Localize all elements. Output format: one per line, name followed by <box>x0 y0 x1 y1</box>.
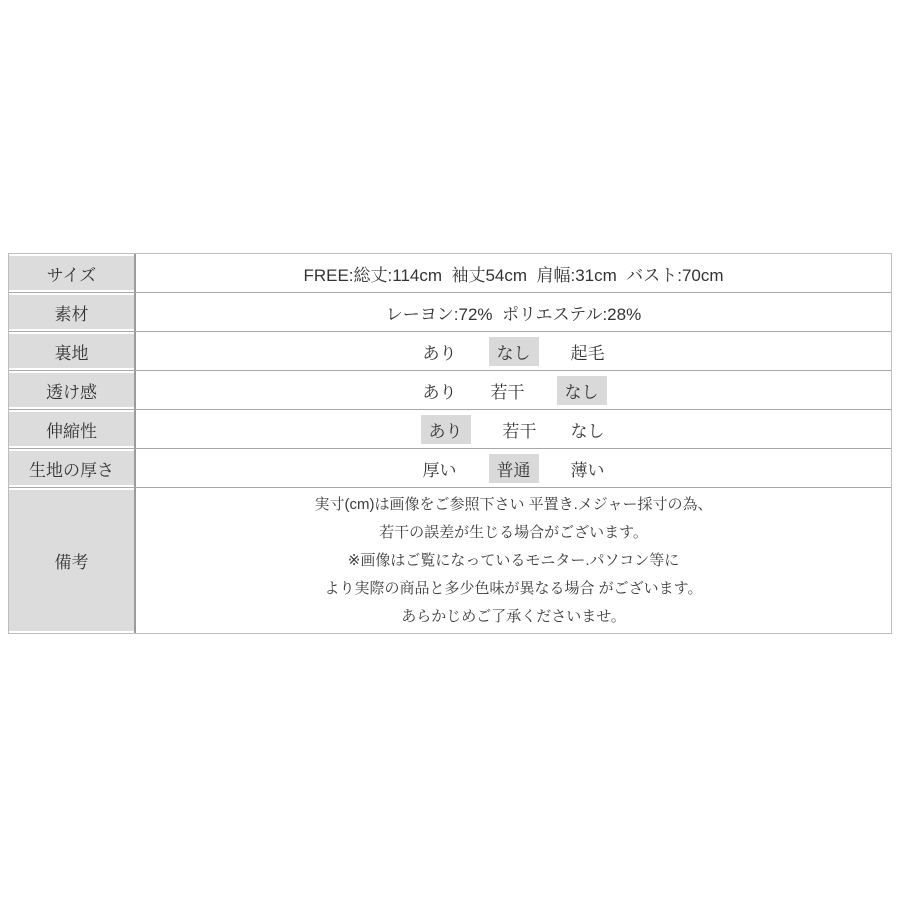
row-value-stretch: あり 若干 なし <box>134 410 891 448</box>
option-chip: あり <box>421 376 459 405</box>
option-chip: 若干 <box>489 376 527 405</box>
thickness-options: 厚い 普通 薄い <box>421 454 607 483</box>
row-value-remarks: 実寸(cm)は画像をご参照下さい 平置き.メジャー採寸の為、 若干の誤差が生じる… <box>134 488 891 633</box>
remarks-line: 実寸(cm)は画像をご参照下さい 平置き.メジャー採寸の為、 <box>136 491 891 519</box>
material-value: レーヨン:72% ポリエステル:28% <box>386 300 641 325</box>
remarks-line: より実際の商品と多少色味が異なる場合 がございます。 <box>136 575 891 603</box>
option-chip: 起毛 <box>569 337 607 366</box>
option-chip: なし <box>569 415 607 444</box>
option-chip: 普通 <box>489 454 539 483</box>
stretch-options: あり 若干 なし <box>421 415 607 444</box>
row-value-size: FREE:総丈:114cm 袖丈54cm 肩幅:31cm バスト:70cm <box>134 254 891 292</box>
row-value-material: レーヨン:72% ポリエステル:28% <box>134 293 891 331</box>
row-label-remarks: 備考 <box>9 490 134 631</box>
spec-row-sheerness: 透け感 あり 若干 なし <box>9 371 891 410</box>
row-label-stretch: 伸縮性 <box>9 412 134 446</box>
row-value-sheerness: あり 若干 なし <box>134 371 891 409</box>
option-chip: なし <box>557 376 607 405</box>
option-chip: あり <box>421 337 459 366</box>
remarks-text: 実寸(cm)は画像をご参照下さい 平置き.メジャー採寸の為、 若干の誤差が生じる… <box>136 491 891 631</box>
spec-row-remarks: 備考 実寸(cm)は画像をご参照下さい 平置き.メジャー採寸の為、 若干の誤差が… <box>9 488 891 633</box>
spec-row-stretch: 伸縮性 あり 若干 なし <box>9 410 891 449</box>
row-label-thickness: 生地の厚さ <box>9 451 134 485</box>
row-value-thickness: 厚い 普通 薄い <box>134 449 891 487</box>
option-chip: 厚い <box>421 454 459 483</box>
sheerness-options: あり 若干 なし <box>421 376 607 405</box>
option-chip: 薄い <box>569 454 607 483</box>
remarks-line: あらかじめご了承くださいませ。 <box>136 603 891 631</box>
option-chip: なし <box>489 337 539 366</box>
spec-row-size: サイズ FREE:総丈:114cm 袖丈54cm 肩幅:31cm バスト:70c… <box>9 254 891 293</box>
row-label-size: サイズ <box>9 256 134 290</box>
row-label-sheerness: 透け感 <box>9 373 134 407</box>
spec-row-thickness: 生地の厚さ 厚い 普通 薄い <box>9 449 891 488</box>
lining-options: あり なし 起毛 <box>421 337 607 366</box>
product-spec-table: サイズ FREE:総丈:114cm 袖丈54cm 肩幅:31cm バスト:70c… <box>8 253 892 634</box>
spec-row-material: 素材 レーヨン:72% ポリエステル:28% <box>9 293 891 332</box>
row-label-material: 素材 <box>9 295 134 329</box>
spec-row-lining: 裏地 あり なし 起毛 <box>9 332 891 371</box>
option-chip: あり <box>421 415 471 444</box>
row-value-lining: あり なし 起毛 <box>134 332 891 370</box>
remarks-line: 若干の誤差が生じる場合がございます。 <box>136 519 891 547</box>
size-value: FREE:総丈:114cm 袖丈54cm 肩幅:31cm バスト:70cm <box>303 261 723 286</box>
remarks-line: ※画像はご覧になっているモニター.パソコン等に <box>136 547 891 575</box>
row-label-lining: 裏地 <box>9 334 134 368</box>
option-chip: 若干 <box>501 415 539 444</box>
